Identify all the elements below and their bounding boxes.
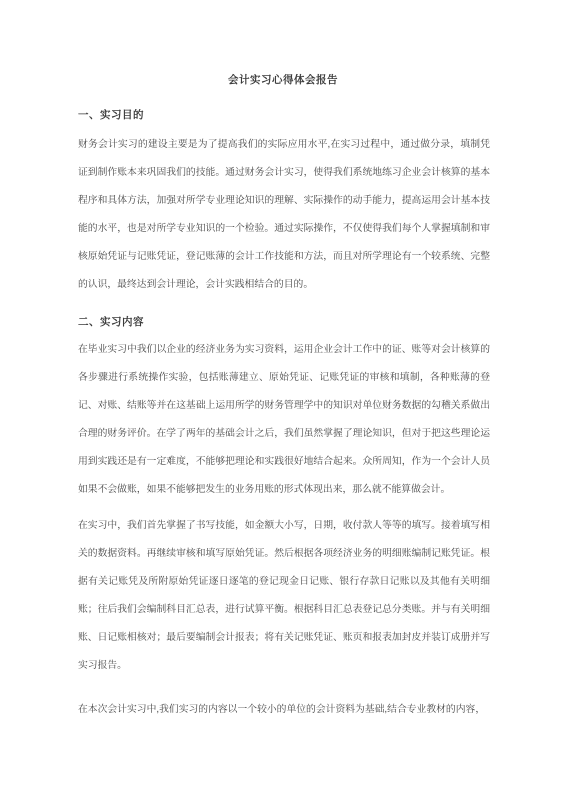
paragraph-content-2: 在实习中，我们首先掌握了书写技能，如金额大小写，日期，收付款人等等的填写。接着填… <box>78 512 490 680</box>
section-heading-internship-purpose: 一、实习目的 <box>78 108 488 122</box>
section-heading-internship-content: 二、实习内容 <box>78 315 488 329</box>
paragraph-content-3: 在本次会计实习中,我们实习的内容以一个较小的单位的会计资料为基础,结合专业教材的… <box>78 696 490 724</box>
document-page: 会计实习心得体会报告 一、实习目的 财务会计实习的建设主要是为了提高我们的实际应… <box>0 0 566 800</box>
paragraph-content-1: 在毕业实习中我们以企业的经济业务为实习资料，运用企业会计工作中的证、账等对会计核… <box>78 336 490 504</box>
document-title: 会计实习心得体会报告 <box>78 72 488 88</box>
paragraph-purpose: 财务会计实习的建设主要是为了提高我们的实际应用水平,在实习过程中，通过做分录，填… <box>78 131 490 299</box>
